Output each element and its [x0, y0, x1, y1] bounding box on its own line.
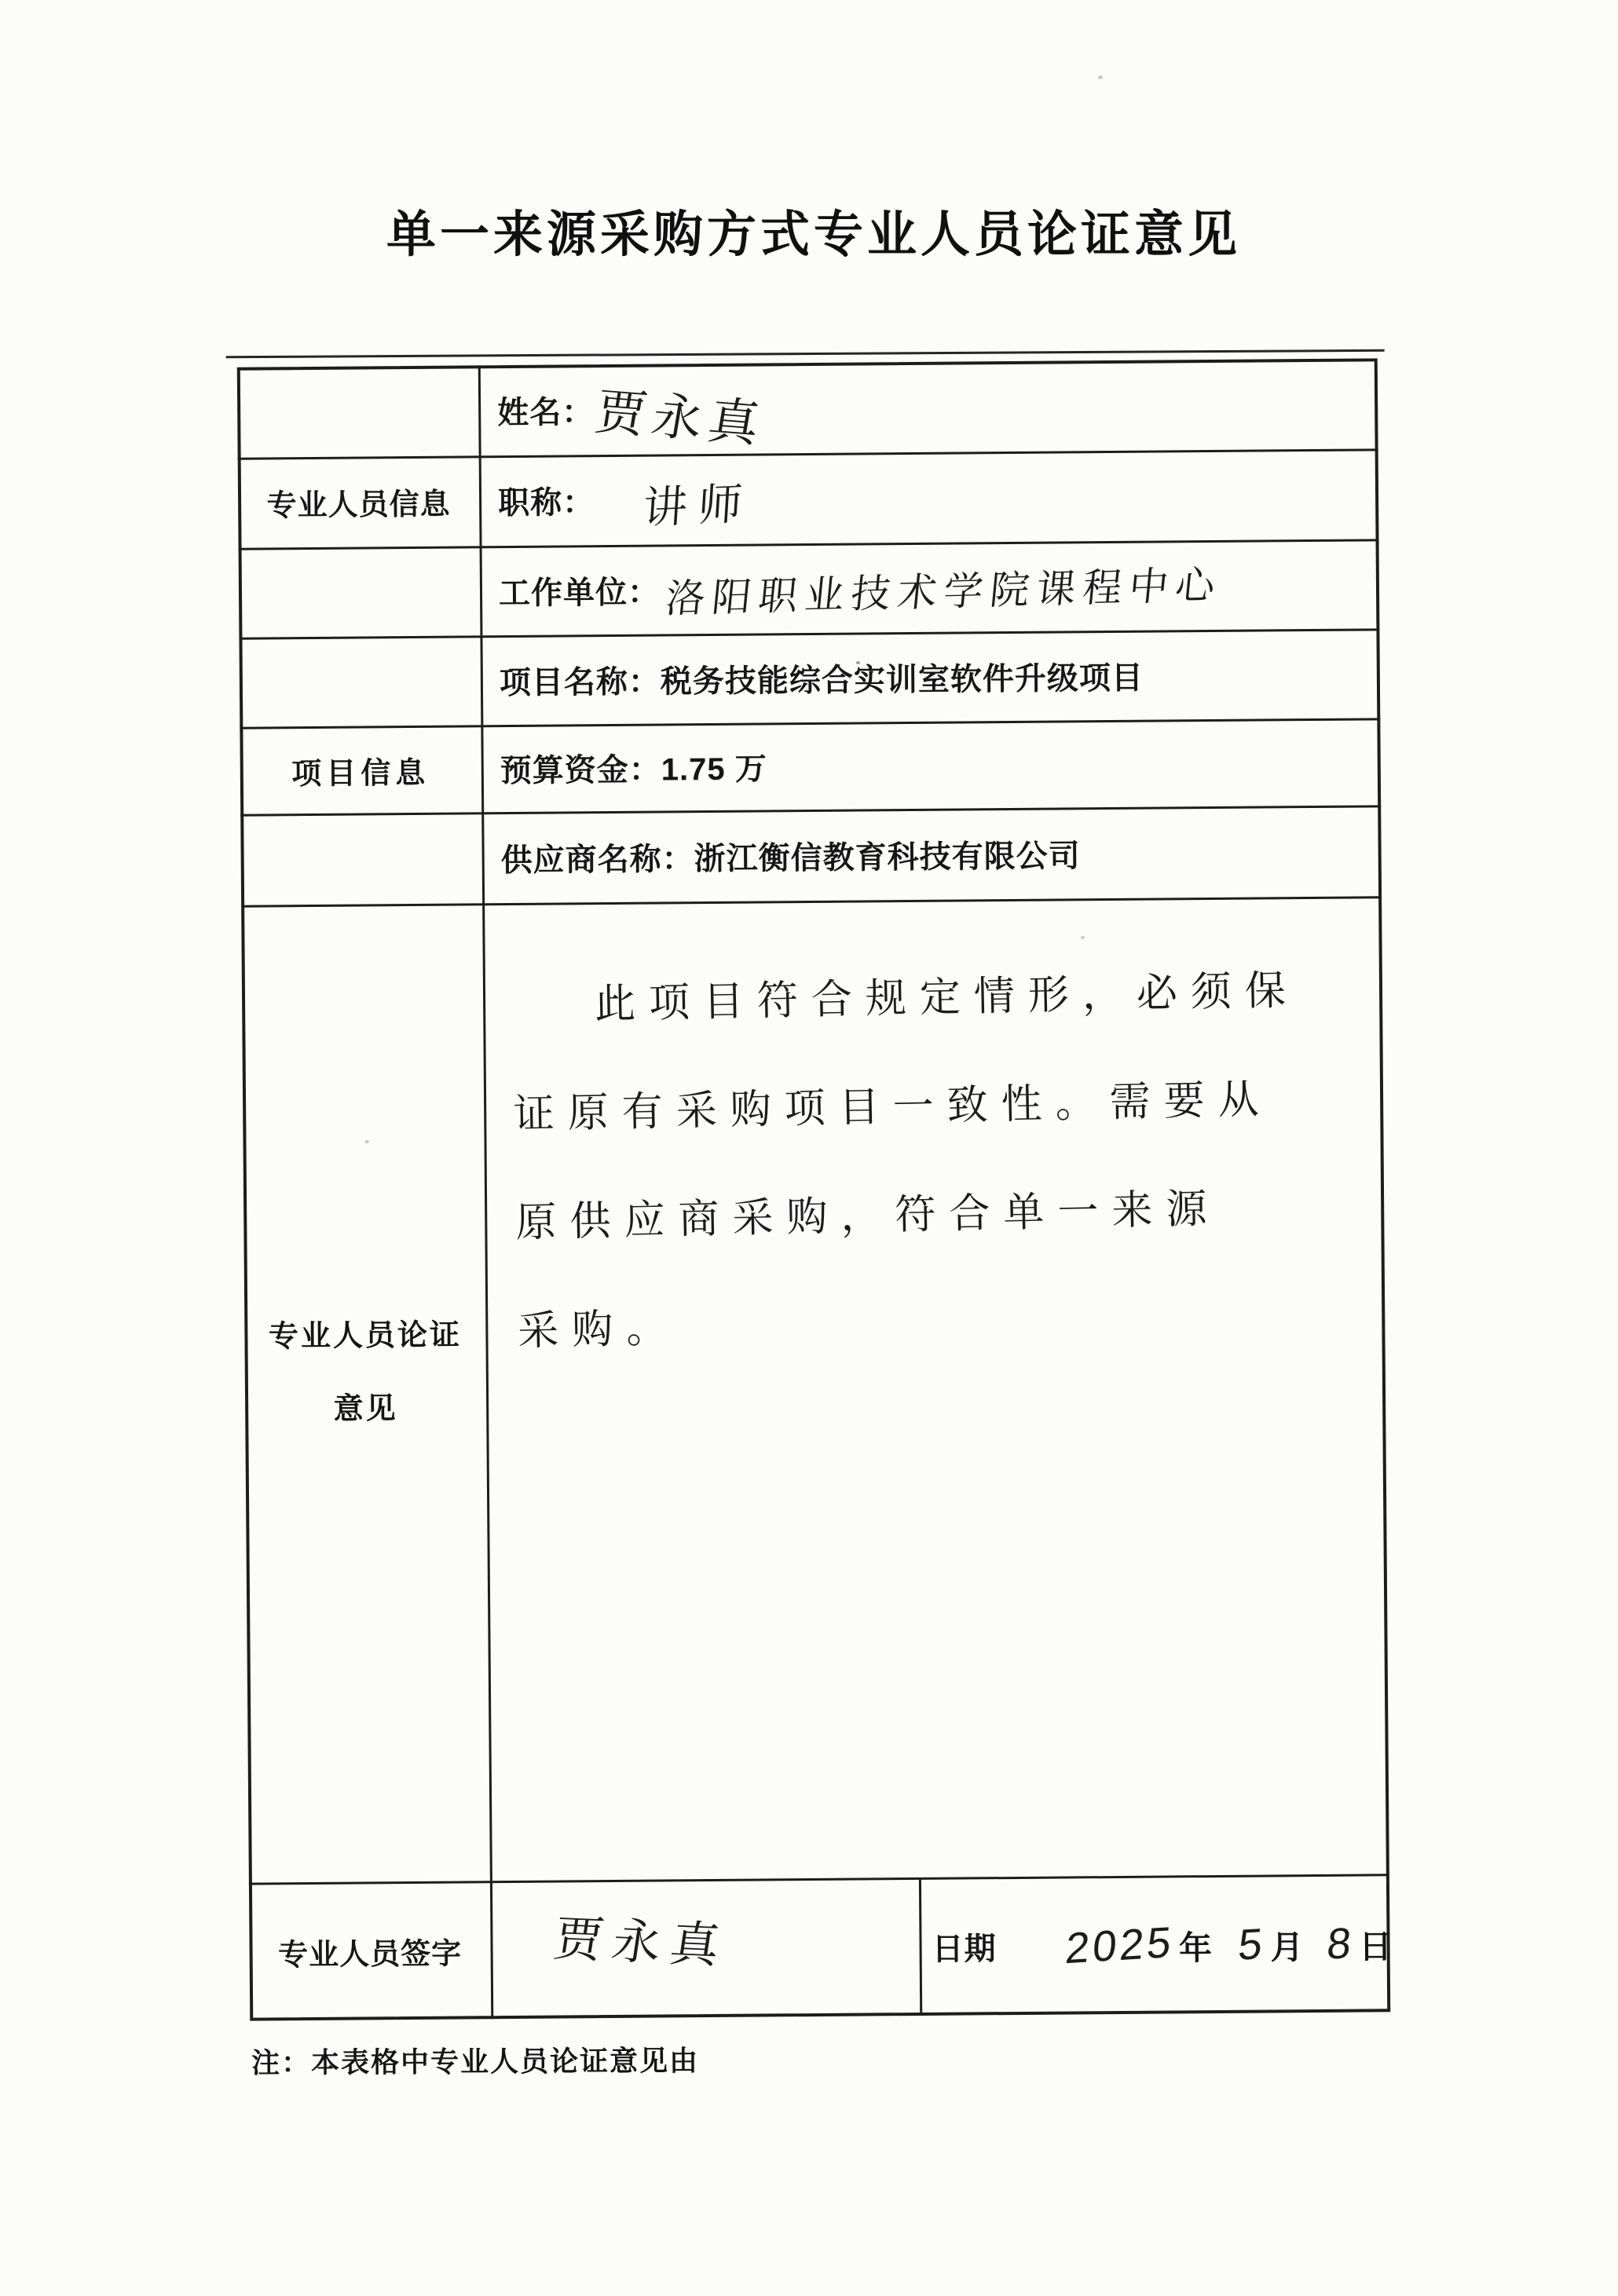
project-name-value: 税务技能综合实训室软件升级项目 [661, 653, 1144, 701]
scan-speck [364, 1140, 369, 1143]
signature-cell: 贾永真 [490, 1877, 920, 2019]
footnote: 注：本表格中专业人员论证意见由 [251, 2039, 699, 2082]
date-day-group: 8 日 [1327, 1918, 1392, 1969]
opinion-section-text-line2: 意见 [333, 1384, 397, 1428]
section-label-personnel: 专业人员信息 [237, 365, 481, 637]
jobtitle-handwritten-value: 讲师 [642, 468, 756, 536]
opinion-handwritten-text: 此项目符合规定情形，必须保 证原有采购项目一致性。需要从 原供应商采购，符合单一… [480, 890, 1389, 1386]
opinion-cell: 此项目符合规定情形，必须保 证原有采购项目一致性。需要从 原供应商采购，符合单一… [482, 896, 1389, 1881]
project-section-text: 项目信息 [291, 748, 430, 792]
signature-handwritten-name: 贾永真 [550, 1899, 734, 1976]
signature-row-label: 专业人员签字 [249, 1881, 491, 2020]
date-year-unit: 年 [1179, 1922, 1212, 1969]
date-year-group: 2025 年 [1065, 1919, 1212, 1970]
date-day-unit: 日 [1359, 1921, 1392, 1968]
unit-label: 工作单位： [499, 567, 660, 613]
section-label-project: 项目信息 [239, 635, 482, 905]
date-day-handwritten: 8 [1325, 1918, 1356, 1970]
opinion-line: 原供应商采购，符合单一来源 [514, 1152, 1353, 1277]
field-row-unit: 工作单位： 洛阳职业技术学院课程中心 [480, 539, 1380, 635]
scan-speck [1081, 936, 1085, 939]
scanned-form-page: 单一来源采购方式专业人员论证意见 专业人员信息 项目信息 专业人员论证 意见 专… [0, 0, 1618, 2296]
opinion-line: 采购。 [517, 1260, 1356, 1385]
personnel-section-text: 专业人员信息 [266, 479, 450, 524]
date-year-handwritten: 2025 [1063, 1917, 1176, 1974]
opinion-line: 证原有采购项目一致性。需要从 [512, 1044, 1351, 1168]
scan-speck [1098, 75, 1103, 79]
section-label-opinion: 专业人员论证 意见 [241, 903, 490, 1882]
field-row-name: 姓名： 贾永真 [478, 358, 1378, 455]
field-row-project-name: 项目名称： 税务技能综合实训室软件升级项目 [480, 628, 1380, 725]
form-table: 专业人员信息 项目信息 专业人员论证 意见 专业人员签字 姓名： 贾永真 职称：… [237, 358, 1390, 2020]
field-row-budget: 预算资金： 1.75 万 [481, 718, 1381, 812]
supplier-value: 浙江衡信教育科技有限公司 [694, 831, 1080, 879]
date-month-group: 5 月 [1239, 1918, 1304, 1969]
budget-label: 预算资金： [500, 745, 661, 792]
supplier-label: 供应商名称： [500, 834, 694, 880]
signature-label-text: 专业人员签字 [278, 1929, 462, 1973]
field-row-jobtitle: 职称： 讲师 [479, 448, 1379, 546]
project-name-label: 项目名称： [500, 656, 661, 703]
scan-speck [856, 661, 860, 664]
date-month-handwritten: 5 [1236, 1918, 1268, 1970]
name-handwritten-value: 贾永真 [591, 371, 772, 456]
unit-handwritten-value: 洛阳职业技术学院课程中心 [664, 554, 1225, 624]
opinion-section-text-line1: 专业人员论证 [269, 1311, 462, 1355]
field-row-supplier: 供应商名称： 浙江衡信教育科技有限公司 [481, 805, 1382, 903]
name-label: 姓名： [497, 387, 594, 433]
opinion-line: 此项目符合规定情形，必须保 [511, 935, 1349, 1060]
date-label: 日期 [932, 1924, 996, 1969]
scan-artifact-line [226, 349, 1385, 358]
page-title: 单一来源采购方式专业人员论证意见 [243, 195, 1384, 266]
date-cell: 日期 2025 年 5 月 8 日 [919, 1874, 1390, 2016]
date-month-unit: 月 [1270, 1921, 1303, 1969]
budget-value: 1.75 万 [661, 744, 767, 789]
jobtitle-label: 职称： [498, 477, 595, 523]
